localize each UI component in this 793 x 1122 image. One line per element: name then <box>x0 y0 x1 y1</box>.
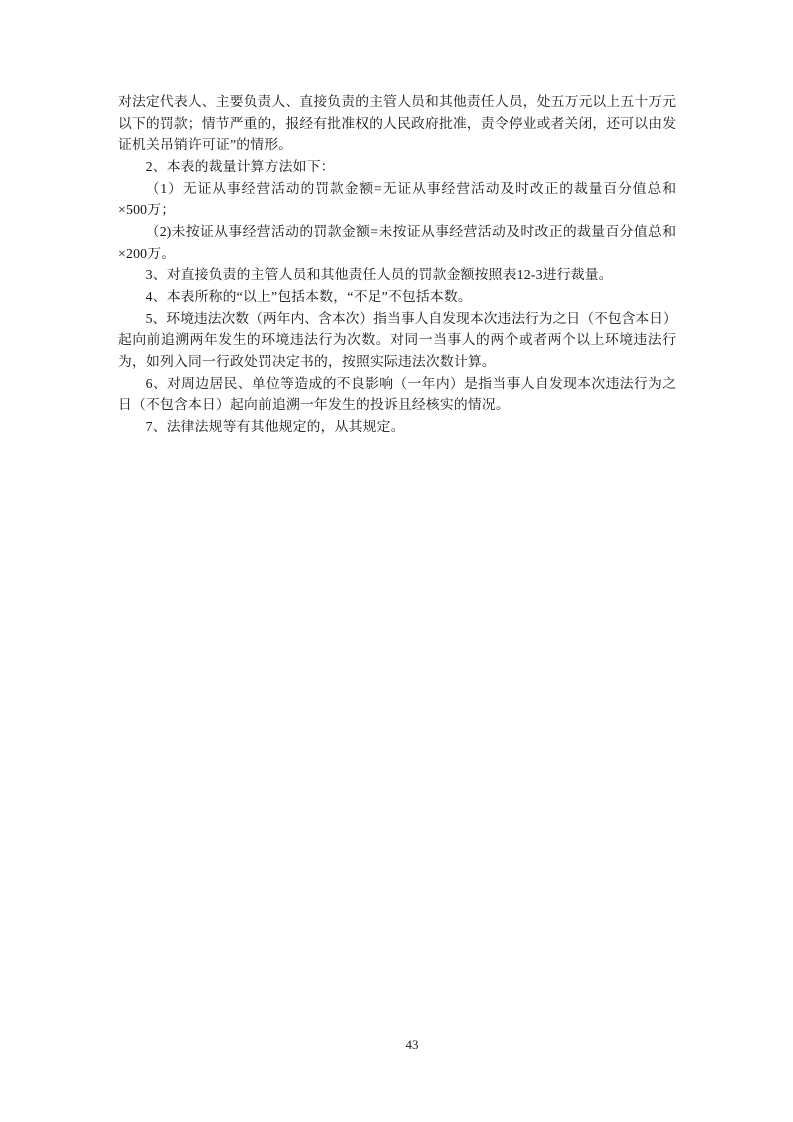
text-line: ×500万； <box>118 199 676 221</box>
text-line: 以下的罚款；情节严重的，报经有批准权的人民政府批准，责令停业或者关闭，还可以由发 <box>118 113 676 135</box>
text-line: 起向前追溯两年发生的环境违法行为次数。对同一当事人的两个或者两个以上环境违法行 <box>118 329 676 351</box>
document-page: 对法定代表人、主要负责人、直接负责的主管人员和其他责任人员，处五万元以上五十万元… <box>0 0 793 1122</box>
notes-text-block: 对法定代表人、主要负责人、直接负责的主管人员和其他责任人员，处五万元以上五十万元… <box>118 91 676 438</box>
text-line: 5、环境违法次数（两年内、含本次）指当事人自发现本次违法行为之日（不包含本日） <box>118 308 676 330</box>
page-number: 43 <box>31 1037 793 1052</box>
text-line: 7、法律法规等有其他规定的，从其规定。 <box>118 416 676 438</box>
text-line: 2、本表的裁量计算方法如下： <box>118 156 676 178</box>
text-line: （1）无证从事经营活动的罚款金额=无证从事经营活动及时改正的裁量百分值总和 <box>118 178 676 200</box>
text-line: 证机关吊销许可证”的情形。 <box>118 134 676 156</box>
text-line: ×200万。 <box>118 243 676 265</box>
text-line: 日（不包含本日）起向前追溯一年发生的投诉且经核实的情况。 <box>118 394 676 416</box>
text-line: 对法定代表人、主要负责人、直接负责的主管人员和其他责任人员，处五万元以上五十万元 <box>118 91 676 113</box>
text-line: 6、对周边居民、单位等造成的不良影响（一年内）是指当事人自发现本次违法行为之 <box>118 373 676 395</box>
text-line: 为，如列入同一行政处罚决定书的，按照实际违法次数计算。 <box>118 351 676 373</box>
text-line: 4、本表所称的“以上”包括本数，“不足”不包括本数。 <box>118 286 676 308</box>
text-line: （2)未按证从事经营活动的罚款金额=未按证从事经营活动及时改正的裁量百分值总和 <box>118 221 676 243</box>
text-line: 3、对直接负责的主管人员和其他责任人员的罚款金额按照表12-3进行裁量。 <box>118 264 676 286</box>
